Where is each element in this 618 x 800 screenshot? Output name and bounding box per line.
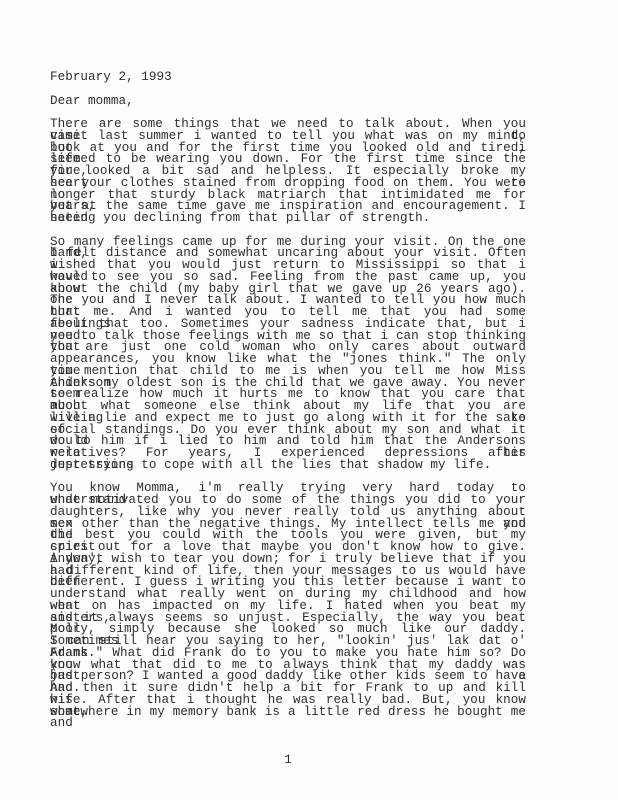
- paragraph: So many feelings came up for me during y…: [50, 237, 526, 472]
- paragraph: You know Momma, i'm really trying very h…: [50, 483, 526, 718]
- paragraph: There are some things that we need to ta…: [50, 119, 526, 225]
- text-line: seeing you declining from that pillar of…: [50, 213, 526, 225]
- letter-date: February 2, 1993: [50, 72, 526, 84]
- page-number: 1: [0, 753, 576, 767]
- text-line: somewhere in my memory bank is a little …: [50, 707, 526, 719]
- salutation: Dear momma,: [50, 96, 526, 108]
- letter-page: February 2, 1993 Dear momma, There are s…: [0, 0, 618, 800]
- paragraphs-container: There are some things that we need to ta…: [50, 119, 526, 718]
- letter-body: February 2, 1993 Dear momma, There are s…: [50, 72, 526, 718]
- text-line: just trying to cope with all the lies th…: [50, 460, 526, 472]
